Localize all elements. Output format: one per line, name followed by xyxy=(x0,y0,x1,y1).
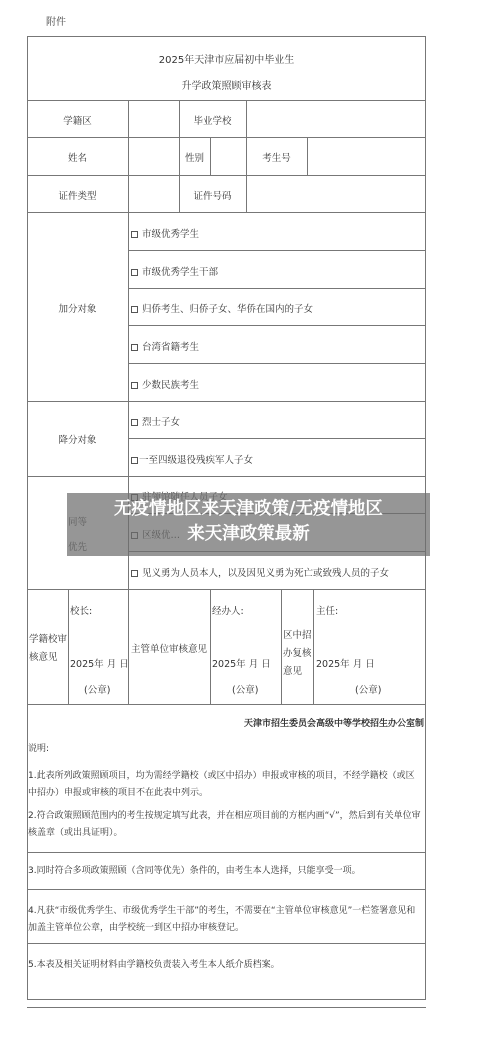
school-seal: (公章) xyxy=(84,682,110,696)
checkbox-item[interactable]: 台湾省籍考生 xyxy=(131,339,199,353)
supervisor-review-label: 主管单位审核意见 xyxy=(128,641,210,655)
note-item: 3.同时符合多项政策照顾（含同等优先）条件的，由考生本人选择，只能享受一项。 xyxy=(28,863,423,880)
watermark-text: 无疫情地区来天津政策/无疫情地区 来天津政策最新 xyxy=(67,497,430,547)
district-review-label: 区中招办复核意见 xyxy=(283,627,313,681)
checkbox-icon[interactable] xyxy=(131,231,138,238)
checkbox-icon[interactable] xyxy=(131,344,138,351)
supervisor-review-date: 2025年 月 日 xyxy=(212,656,271,670)
label-graduating-school: 毕业学校 xyxy=(179,113,246,127)
checkbox-icon[interactable] xyxy=(131,269,138,276)
checkbox-icon[interactable] xyxy=(131,570,138,577)
district-review-date: 2025年 月 日 xyxy=(316,656,375,670)
checkbox-icon[interactable] xyxy=(131,382,138,389)
checkbox-icon[interactable] xyxy=(131,419,138,426)
watermark-line2: 来天津政策最新 xyxy=(67,522,430,547)
checkbox-item[interactable]: 归侨考生、归侨子女、华侨在国内的子女 xyxy=(131,301,313,315)
director-label: 主任: xyxy=(316,603,338,617)
issuer-text: 天津市招生委员会高级中等学校招生办公室制 xyxy=(244,716,424,729)
label-gender: 性别 xyxy=(185,150,204,164)
label-id-number: 证件号码 xyxy=(179,188,246,202)
checkbox-icon[interactable] xyxy=(131,457,138,464)
district-seal: (公章) xyxy=(355,682,381,696)
note-item: 5.本表及相关证明材料由学籍校负责装入考生本人纸介质档案。 xyxy=(28,957,423,974)
school-review-date: 2025年 月 日 xyxy=(70,656,129,670)
supervisor-seal: (公章) xyxy=(232,682,258,696)
note-item: 2.符合政策照顾范围内的考生按规定填写此表，并在相应项目前的方框内画“√”，然后… xyxy=(28,808,423,842)
principal-label: 校长: xyxy=(70,603,92,617)
checkbox-item[interactable]: 少数民族考生 xyxy=(131,377,199,391)
school-review-label: 学籍校审核意见 xyxy=(29,631,67,667)
label-name: 姓名 xyxy=(27,150,128,164)
label-exam-number: 考生号 xyxy=(246,150,307,164)
checkbox-item[interactable]: 烈士子女 xyxy=(131,414,180,428)
note-item: 1.此表所列政策照顾项目，均为需经学籍校（或区中招办）申报或审核的项目，不经学籍… xyxy=(28,768,423,802)
label-id-type: 证件类型 xyxy=(27,188,128,202)
note-item: 4.凡获“市级优秀学生、市级优秀学生干部”的考生，不需要在“主管单位审核意见”一… xyxy=(28,903,423,937)
checkbox-item[interactable]: 一至四级退役残疾军人子女 xyxy=(131,452,253,466)
checkbox-icon[interactable] xyxy=(131,306,138,313)
notes-title: 说明: xyxy=(28,741,423,758)
label-school-district: 学籍区 xyxy=(27,113,128,127)
reduced-section-label: 降分对象 xyxy=(27,432,128,446)
watermark-line1: 无疫情地区来天津政策/无疫情地区 xyxy=(67,497,430,522)
checkbox-item[interactable]: 市级优秀学生干部 xyxy=(131,264,218,278)
form-title-line2: 升学政策照顾审核表 xyxy=(27,77,426,92)
bonus-section-label: 加分对象 xyxy=(27,301,128,315)
checkbox-item[interactable]: 市级优秀学生 xyxy=(131,226,199,240)
attachment-label: 附件 xyxy=(46,13,66,28)
handler-label: 经办人: xyxy=(212,603,244,617)
checkbox-item[interactable]: 见义勇为人员本人，以及因见义勇为死亡或致残人员的子女 xyxy=(131,565,389,579)
form-title-line1: 2025年天津市应届初中毕业生 xyxy=(27,51,426,66)
